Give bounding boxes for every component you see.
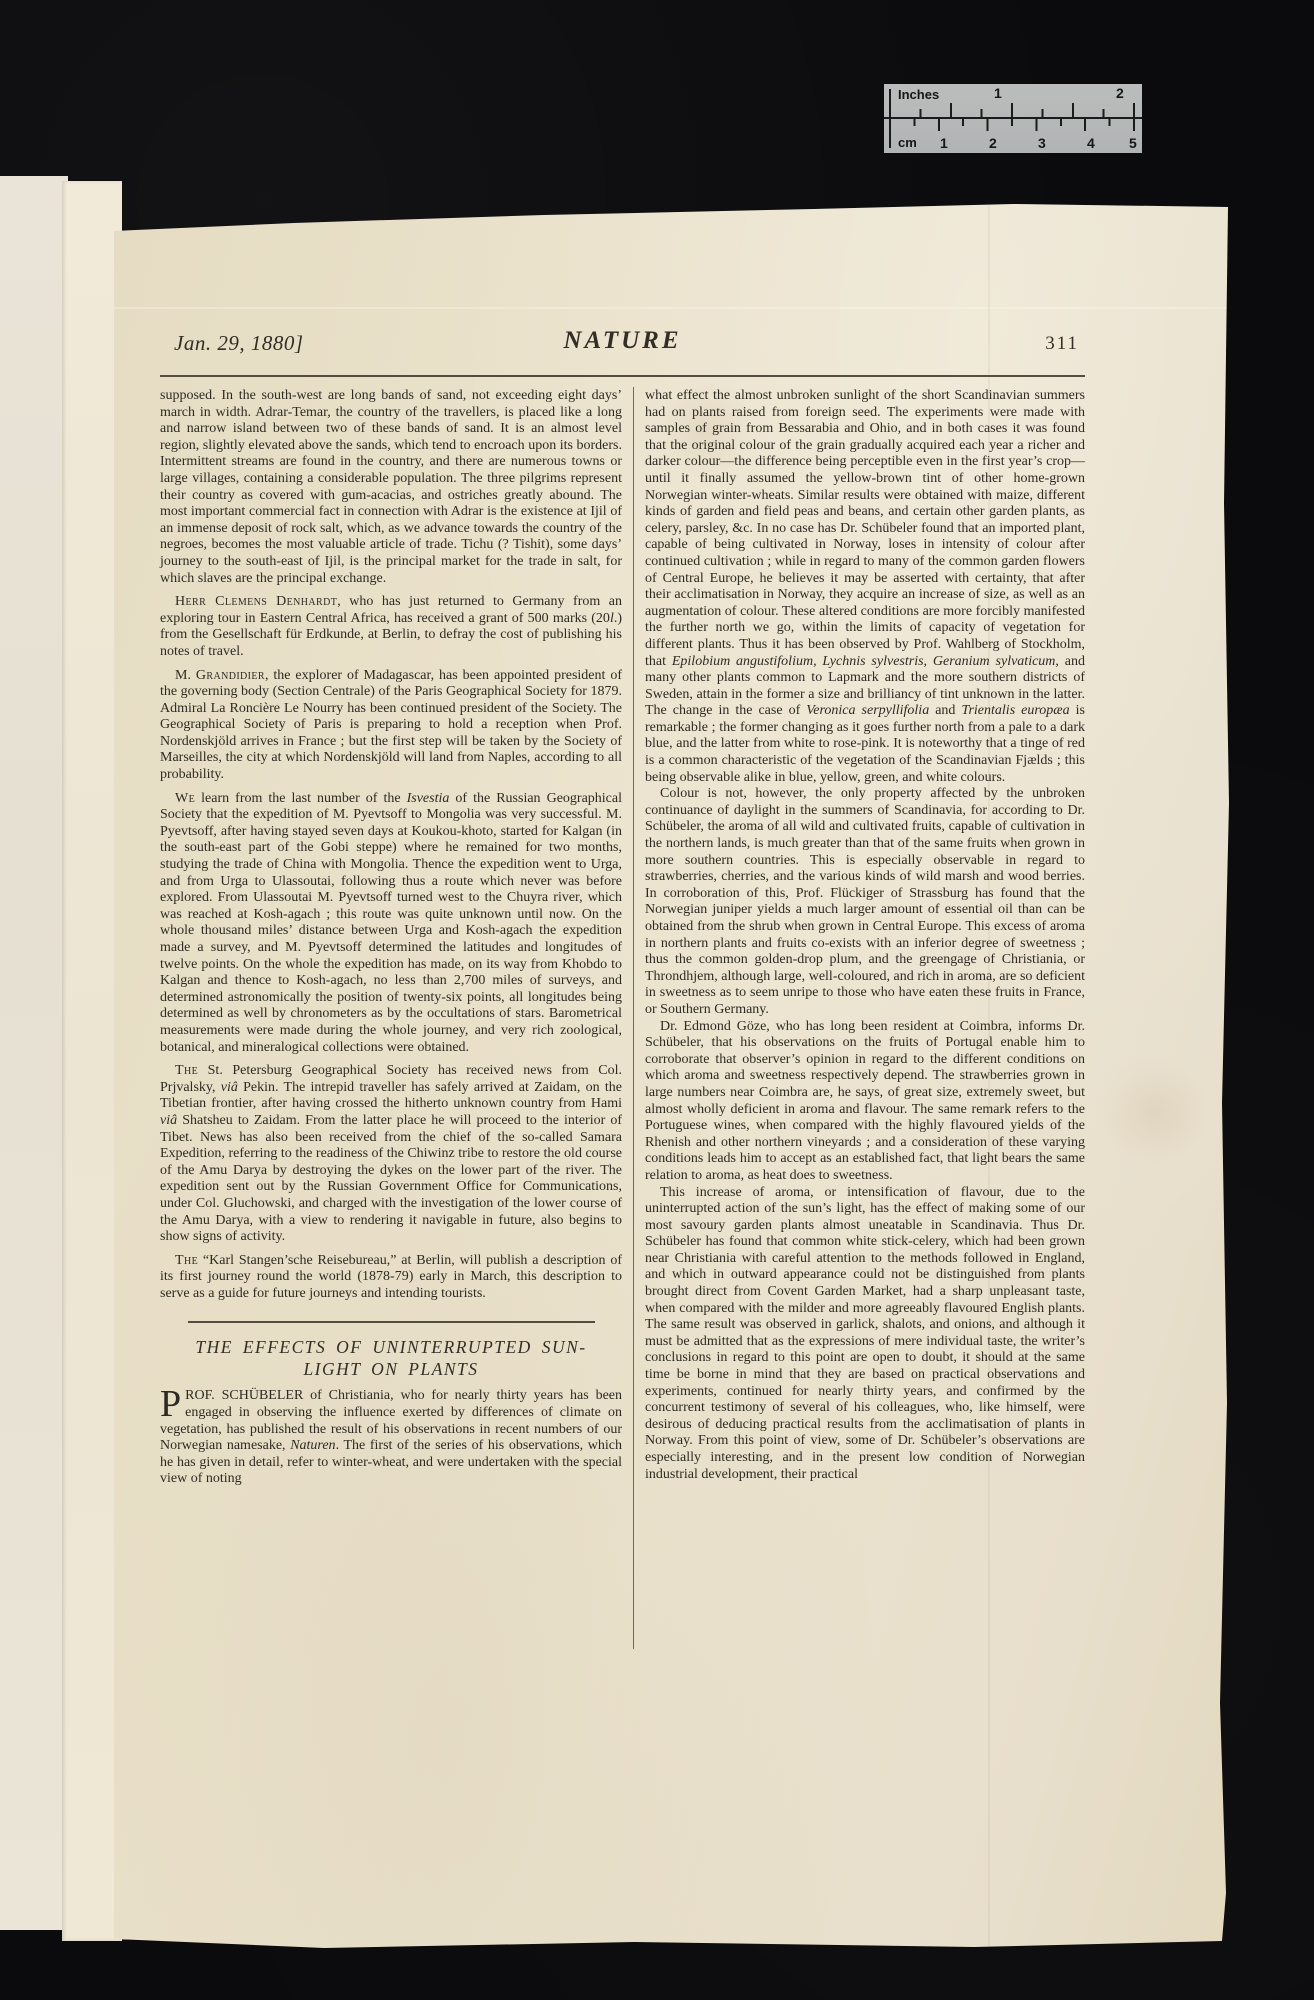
header-rule (160, 375, 1085, 379)
paragraph: The St. Petersburg Geographical Society … (160, 1063, 622, 1246)
left-text-column: supposed. In the south-west are long ban… (160, 388, 622, 1488)
article-heading-line2: LIGHT ON PLANTS (160, 1358, 622, 1380)
ruler-inch-number: 1 (994, 85, 1002, 101)
paragraph: supposed. In the south-west are long ban… (160, 388, 622, 587)
photograph-background: Inches cm 12 12345 DAR 209.6: 181 Jan. 2… (0, 0, 1314, 2000)
ruler-cm-number: 4 (1087, 135, 1095, 151)
paragraph: M. Grandidier, the explorer of Madagasca… (160, 668, 622, 784)
ruler-cm-number: 1 (940, 135, 948, 151)
journal-title: NATURE (160, 327, 1085, 355)
ruler-cm-number: 5 (1129, 135, 1137, 151)
article-heading-line1: THE EFFECTS OF UNINTERRUPTED SUN- (160, 1336, 622, 1358)
ruler-half-inch-ticks (891, 103, 1136, 117)
section-divider-rule (188, 1321, 595, 1323)
ruler-cm-ticks (891, 119, 1136, 131)
right-text-column: what effect the almost unbroken sunlight… (645, 388, 1085, 1483)
ruler-inch-number: 2 (1116, 85, 1124, 101)
column-divider-rule (633, 387, 634, 1649)
paragraph: Herr Clemens Denhardt, who has just retu… (160, 594, 622, 660)
measurement-ruler: Inches cm 12 12345 (884, 84, 1142, 153)
article-heading: THE EFFECTS OF UNINTERRUPTED SUN- LIGHT … (160, 1336, 622, 1380)
paragraph: We learn from the last number of the Isv… (160, 791, 622, 1057)
journal-page: Jan. 29, 1880] NATURE 311 supposed. In t… (114, 203, 1233, 1950)
article-opening-paragraphs: PROF. SCHÜBELER of Christiania, who for … (160, 1388, 622, 1488)
ruler-cm-number: 2 (989, 135, 997, 151)
article-paragraphs: what effect the almost unbroken sunlight… (645, 388, 1085, 1483)
ruler-cm-label: cm (898, 135, 917, 150)
underlying-sheet-edge-2 (62, 181, 122, 1941)
page-number: 311 (1045, 333, 1079, 355)
paragraph: what effect the almost unbroken sunlight… (645, 388, 1085, 786)
news-paragraphs: supposed. In the south-west are long ban… (160, 388, 622, 1302)
underlying-sheet-edge (0, 176, 68, 1930)
paragraph: This increase of aroma, or intensificati… (645, 1185, 1085, 1484)
page-header: Jan. 29, 1880] NATURE 311 (160, 325, 1085, 365)
paragraph: PROF. SCHÜBELER of Christiania, who for … (160, 1388, 622, 1488)
drop-cap: P (160, 1388, 185, 1419)
ruler-cm-number: 3 (1038, 135, 1046, 151)
paragraph: Dr. Edmond Göze, who has long been resid… (645, 1019, 1085, 1185)
paragraph: The “Karl Stangen’sche Reisebureau,” at … (160, 1253, 622, 1303)
paragraph: Colour is not, however, the only propert… (645, 786, 1085, 1018)
ruler-inches-label: Inches (898, 87, 939, 102)
